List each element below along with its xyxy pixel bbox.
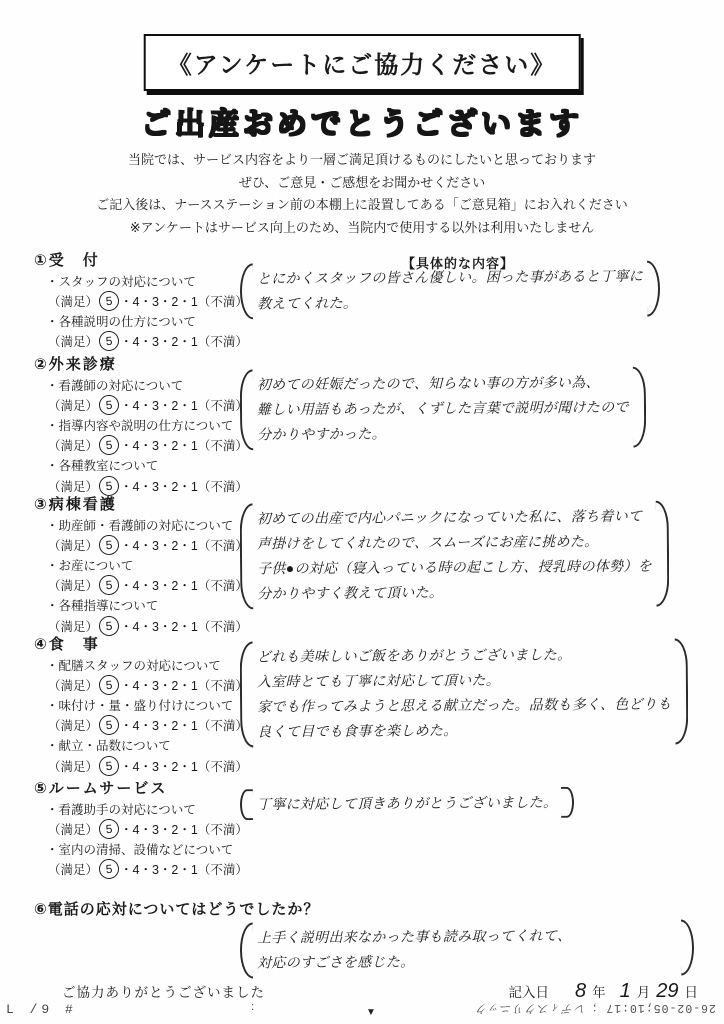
section-2-item-2: ・指導内容や説明の仕方について（満足）5・4・3・2・1（不満） [46, 418, 240, 455]
item-label: ・室内の清掃、設備などについて [46, 842, 240, 858]
circled-rating-5: 5 [98, 394, 119, 415]
scale-left-label: （満足） [48, 536, 98, 554]
section-2-item-1: ・看護師の対応について（満足）5・4・3・2・1（不満） [46, 378, 240, 415]
item-label: ・スタッフの対応について [46, 274, 240, 290]
scale-remaining-numbers: ・4・3・2・1 [120, 396, 198, 414]
section-1-item-2: ・各種説明の仕方について（満足）5・4・3・2・1（不満） [46, 314, 240, 351]
section-3-item-2: ・お産について（満足）5・4・3・2・1（不満） [46, 558, 240, 595]
section-2-title: ②外来診療 [34, 356, 240, 375]
rating-scale: （満足）5・4・3・2・1（不満） [48, 435, 240, 455]
circled-rating-5: 5 [98, 331, 119, 352]
q6-comment-line-2: 対応のすごさを感じた。 [257, 947, 677, 975]
section-4-comment-area: どれも美味しいご飯をありがとうございました。入室時とても丁寧に対応して頂いた。家… [240, 636, 692, 776]
circled-rating-5: 5 [98, 859, 119, 880]
item-label: ・各種教室について [46, 458, 240, 474]
rating-scale: （満足）5・4・3・2・1（不満） [48, 819, 240, 839]
scale-remaining-numbers: ・4・3・2・1 [120, 617, 198, 635]
scale-left-label: （満足） [48, 332, 98, 350]
item-label: ・味付け・量・盛り付けについて [46, 698, 240, 714]
comment-line-1: 丁寧に対応して頂きありがとうございました。 [257, 790, 557, 817]
section-4-title: ④食 事 [34, 636, 240, 655]
comment-line-3: 子供●の対応（寝入っている時の起こし方、授乳時の体勢）を [257, 553, 652, 581]
comment-line-3: 分かりやすかった。 [257, 420, 629, 448]
section-1-questions: ①受 付・スタッフの対応について（満足）5・4・3・2・1（不満）・各種説明の仕… [34, 252, 240, 351]
section-3-questions: ③病棟看護・助産師・看護師の対応について（満足）5・4・3・2・1（不満）・お産… [34, 496, 240, 636]
section-3-handwritten-comment: 初めての出産で内心パニックになっていた私に、落ち着いて声掛けをしてくれたので、ス… [240, 501, 670, 610]
section-1: ①受 付・スタッフの対応について（満足）5・4・3・2・1（不満）・各種説明の仕… [34, 252, 692, 351]
circled-rating-5: 5 [98, 575, 119, 596]
section-4-questions: ④食 事・配膳スタッフの対応について（満足）5・4・3・2・1（不満）・味付け・… [34, 636, 240, 776]
comment-line-4: 分かりやすく教えて頂いた。 [257, 578, 652, 606]
circled-rating-5: 5 [98, 435, 119, 456]
scale-left-label: （満足） [48, 757, 98, 775]
intro-line-1: 当院では、サービス内容をより一層ご満足頂けるものにしたいと思っております [0, 149, 724, 172]
circled-rating-5: 5 [98, 534, 119, 555]
fax-header-stamp-upside-down: 26-02-05;10:17 ；レディスクリニック [474, 1001, 716, 1017]
rating-scale: （満足）5・4・3・2・1（不満） [48, 395, 240, 415]
scale-left-label: （満足） [48, 576, 98, 594]
section-5-item-1: ・看護助手の対応について（満足）5・4・3・2・1（不満） [46, 802, 240, 839]
comment-line-3: 家でも作ってみようと思える献立だった。品数も多く、色どりも [257, 691, 672, 719]
q6-comment-line-1: 上手く説明出来なかった事も読み取ってくれて、 [257, 923, 677, 951]
section-5-comment-area: 丁寧に対応して頂きありがとうございました。 [240, 780, 692, 879]
scale-left-label: （満足） [48, 716, 98, 734]
section-3-title: ③病棟看護 [34, 496, 240, 515]
date-year-unit: 年 [592, 981, 606, 1001]
scale-remaining-numbers: ・4・3・2・1 [120, 477, 198, 495]
comment-line-2: 声掛けをしてくれたので、スムーズにお産に挑めた。 [257, 529, 652, 557]
date-month-value: 1 [620, 981, 631, 1001]
rating-scale: （満足）5・4・3・2・1（不満） [48, 715, 240, 735]
scale-remaining-numbers: ・4・3・2・1 [120, 436, 198, 454]
date-month-unit: 月 [637, 981, 651, 1001]
section-2-handwritten-comment: 初めての妊娠だったので、知らない事の方が多い為、難しい用語もあったが、くずした言… [240, 367, 646, 451]
section-1-comment-area: とにかくスタッフの皆さん優しい。困った事があると丁寧に教えてくれた。 [240, 252, 692, 351]
item-label: ・看護師の対応について [46, 378, 240, 394]
section-2-item-3: ・各種教室について（満足）5・4・3・2・1（不満） [46, 458, 240, 495]
item-label: ・お産について [46, 558, 240, 574]
circled-rating-5: 5 [98, 715, 119, 736]
intro-line-3: ご記入後は、ナースステーション前の本棚上に設置してある「ご意見箱」にお入れくださ… [0, 194, 724, 217]
rating-scale: （満足）5・4・3・2・1（不満） [48, 675, 240, 695]
entry-date: 記入日 8 年 1 月 29 日 [509, 981, 703, 1001]
scale-remaining-numbers: ・4・3・2・1 [120, 757, 198, 775]
rating-scale: （満足）5・4・3・2・1（不満） [48, 575, 240, 595]
scale-left-label: （満足） [48, 477, 98, 495]
circled-rating-5: 5 [98, 674, 119, 695]
comment-line-2: 入室時とても丁寧に対応して頂いた。 [257, 666, 672, 694]
item-label: ・各種指導について [46, 598, 240, 614]
scale-remaining-numbers: ・4・3・2・1 [120, 332, 198, 350]
rating-scale: （満足）5・4・3・2・1（不満） [48, 756, 240, 776]
rating-scale: （満足）5・4・3・2・1（不満） [48, 476, 240, 496]
intro-line-4: ※アンケートはサービス向上のため、当院内で使用する以外は利用いたしません [0, 217, 724, 240]
circled-rating-5: 5 [98, 615, 119, 636]
section-5-item-2: ・室内の清掃、設備などについて（満足）5・4・3・2・1（不満） [46, 842, 240, 879]
footer-row: ご協力ありがとうございました 記入日 8 年 1 月 29 日 [62, 981, 702, 1001]
scale-remaining-numbers: ・4・3・2・1 [120, 860, 198, 878]
section-1-item-1: ・スタッフの対応について（満足）5・4・3・2・1（不満） [46, 274, 240, 311]
scale-left-label: （満足） [48, 292, 98, 310]
comment-line-1: どれも美味しいご飯をありがとうございました。 [257, 642, 672, 670]
comment-line-1: 初めての出産で内心パニックになっていた私に、落ち着いて [257, 504, 652, 532]
item-label: ・献立・品数について [46, 738, 240, 754]
scale-left-label: （満足） [48, 676, 98, 694]
section-5: ⑤ルームサービス・看護助手の対応について（満足）5・4・3・2・1（不満）・室内… [34, 780, 692, 879]
comment-line-2: 教えてくれた。 [257, 289, 643, 317]
comment-line-4: 良くて目でも食事を楽しめた。 [257, 716, 672, 744]
section-2-questions: ②外来診療・看護師の対応について（満足）5・4・3・2・1（不満）・指導内容や説… [34, 356, 240, 496]
circled-rating-5: 5 [98, 818, 119, 839]
section-5-questions: ⑤ルームサービス・看護助手の対応について（満足）5・4・3・2・1（不満）・室内… [34, 780, 240, 879]
fax-separator-mark: ： [250, 998, 261, 1014]
scale-left-label: （満足） [48, 436, 98, 454]
circled-rating-5: 5 [98, 755, 119, 776]
scale-remaining-numbers: ・4・3・2・1 [120, 576, 198, 594]
scale-remaining-numbers: ・4・3・2・1 [120, 716, 198, 734]
comment-line-2: 難しい用語もあったが、くずした言葉で説明が聞けたので [257, 395, 629, 423]
rating-scale: （満足）5・4・3・2・1（不満） [48, 291, 240, 311]
scale-remaining-numbers: ・4・3・2・1 [120, 676, 198, 694]
section-1-title: ①受 付 [34, 252, 240, 271]
date-label: 記入日 [509, 981, 550, 1001]
comment-line-1: 初めての妊娠だったので、知らない事の方が多い為、 [257, 370, 629, 398]
scale-remaining-numbers: ・4・3・2・1 [120, 820, 198, 838]
date-year-value: 8 [575, 981, 586, 1001]
intro-line-2: ぜひ、ご意見・ご感想をお聞かせください [0, 172, 724, 195]
section-4-item-3: ・献立・品数について（満足）5・4・3・2・1（不満） [46, 738, 240, 775]
fax-arrow-icon: ▼ [366, 1007, 376, 1018]
section-3-comment-area: 初めての出産で内心パニックになっていた私に、落ち着いて声掛けをしてくれたので、ス… [240, 496, 692, 636]
scale-left-label: （満足） [48, 396, 98, 414]
rating-scale: （満足）5・4・3・2・1（不満） [48, 859, 240, 879]
scale-left-label: （満足） [48, 617, 98, 635]
section-4-handwritten-comment: どれも美味しいご飯をありがとうございました。入室時とても丁寧に対応して頂いた。家… [240, 638, 689, 747]
date-day-value: 29 [656, 981, 678, 1001]
section-5-title: ⑤ルームサービス [34, 780, 240, 799]
section-2: ②外来診療・看護師の対応について（満足）5・4・3・2・1（不満）・指導内容や説… [34, 356, 692, 496]
item-label: ・助産師・看護師の対応について [46, 518, 240, 534]
section-3: ③病棟看護・助産師・看護師の対応について（満足）5・4・3・2・1（不満）・お産… [34, 496, 692, 636]
comment-line-1: とにかくスタッフの皆さん優しい。困った事があると丁寧に [257, 264, 643, 292]
section-4: ④食 事・配膳スタッフの対応について（満足）5・4・3・2・1（不満）・味付け・… [34, 636, 692, 776]
item-label: ・指導内容や説明の仕方について [46, 418, 240, 434]
rating-scale: （満足）5・4・3・2・1（不満） [48, 535, 240, 555]
circled-rating-5: 5 [98, 290, 119, 311]
thanks-text: ご協力ありがとうございました [62, 981, 265, 1001]
section-3-item-3: ・各種指導について（満足）5・4・3・2・1（不満） [46, 598, 240, 635]
date-day-unit: 日 [685, 981, 699, 1001]
scale-remaining-numbers: ・4・3・2・1 [120, 536, 198, 554]
congratulations-headline: ご出産おめでとうございます [0, 99, 724, 143]
rating-scale: （満足）5・4・3・2・1（不満） [48, 331, 240, 351]
section-1-handwritten-comment: とにかくスタッフの皆さん優しい。困った事があると丁寧に教えてくれた。 [240, 261, 660, 320]
question6-comment: 上手く説明出来なかった事も読み取ってくれて、対応のすごさを感じた。 [240, 919, 694, 978]
item-label: ・各種説明の仕方について [46, 314, 240, 330]
survey-banner: 《アンケートにご協力ください》 [144, 34, 581, 91]
intro-paragraph: 当院では、サービス内容をより一層ご満足頂けるものにしたいと思っておりますぜひ、ご… [0, 149, 724, 239]
rating-scale: （満足）5・4・3・2・1（不満） [48, 616, 240, 636]
scale-remaining-numbers: ・4・3・2・1 [120, 292, 198, 310]
question6-label: ⑥電話の応対についてはどうでしたか？ [34, 898, 319, 919]
section-2-comment-area: 初めての妊娠だったので、知らない事の方が多い為、難しい用語もあったが、くずした言… [240, 356, 692, 496]
section-5-handwritten-comment: 丁寧に対応して頂きありがとうございました。 [240, 787, 575, 820]
section-4-item-2: ・味付け・量・盛り付けについて（満足）5・4・3・2・1（不満） [46, 698, 240, 735]
fax-page-marker: L /9 # [6, 1002, 77, 1017]
section-4-item-1: ・配膳スタッフの対応について（満足）5・4・3・2・1（不満） [46, 658, 240, 695]
item-label: ・配膳スタッフの対応について [46, 658, 240, 674]
scale-left-label: （満足） [48, 860, 98, 878]
item-label: ・看護助手の対応について [46, 802, 240, 818]
section-3-item-1: ・助産師・看護師の対応について（満足）5・4・3・2・1（不満） [46, 518, 240, 555]
scale-left-label: （満足） [48, 820, 98, 838]
circled-rating-5: 5 [98, 475, 119, 496]
